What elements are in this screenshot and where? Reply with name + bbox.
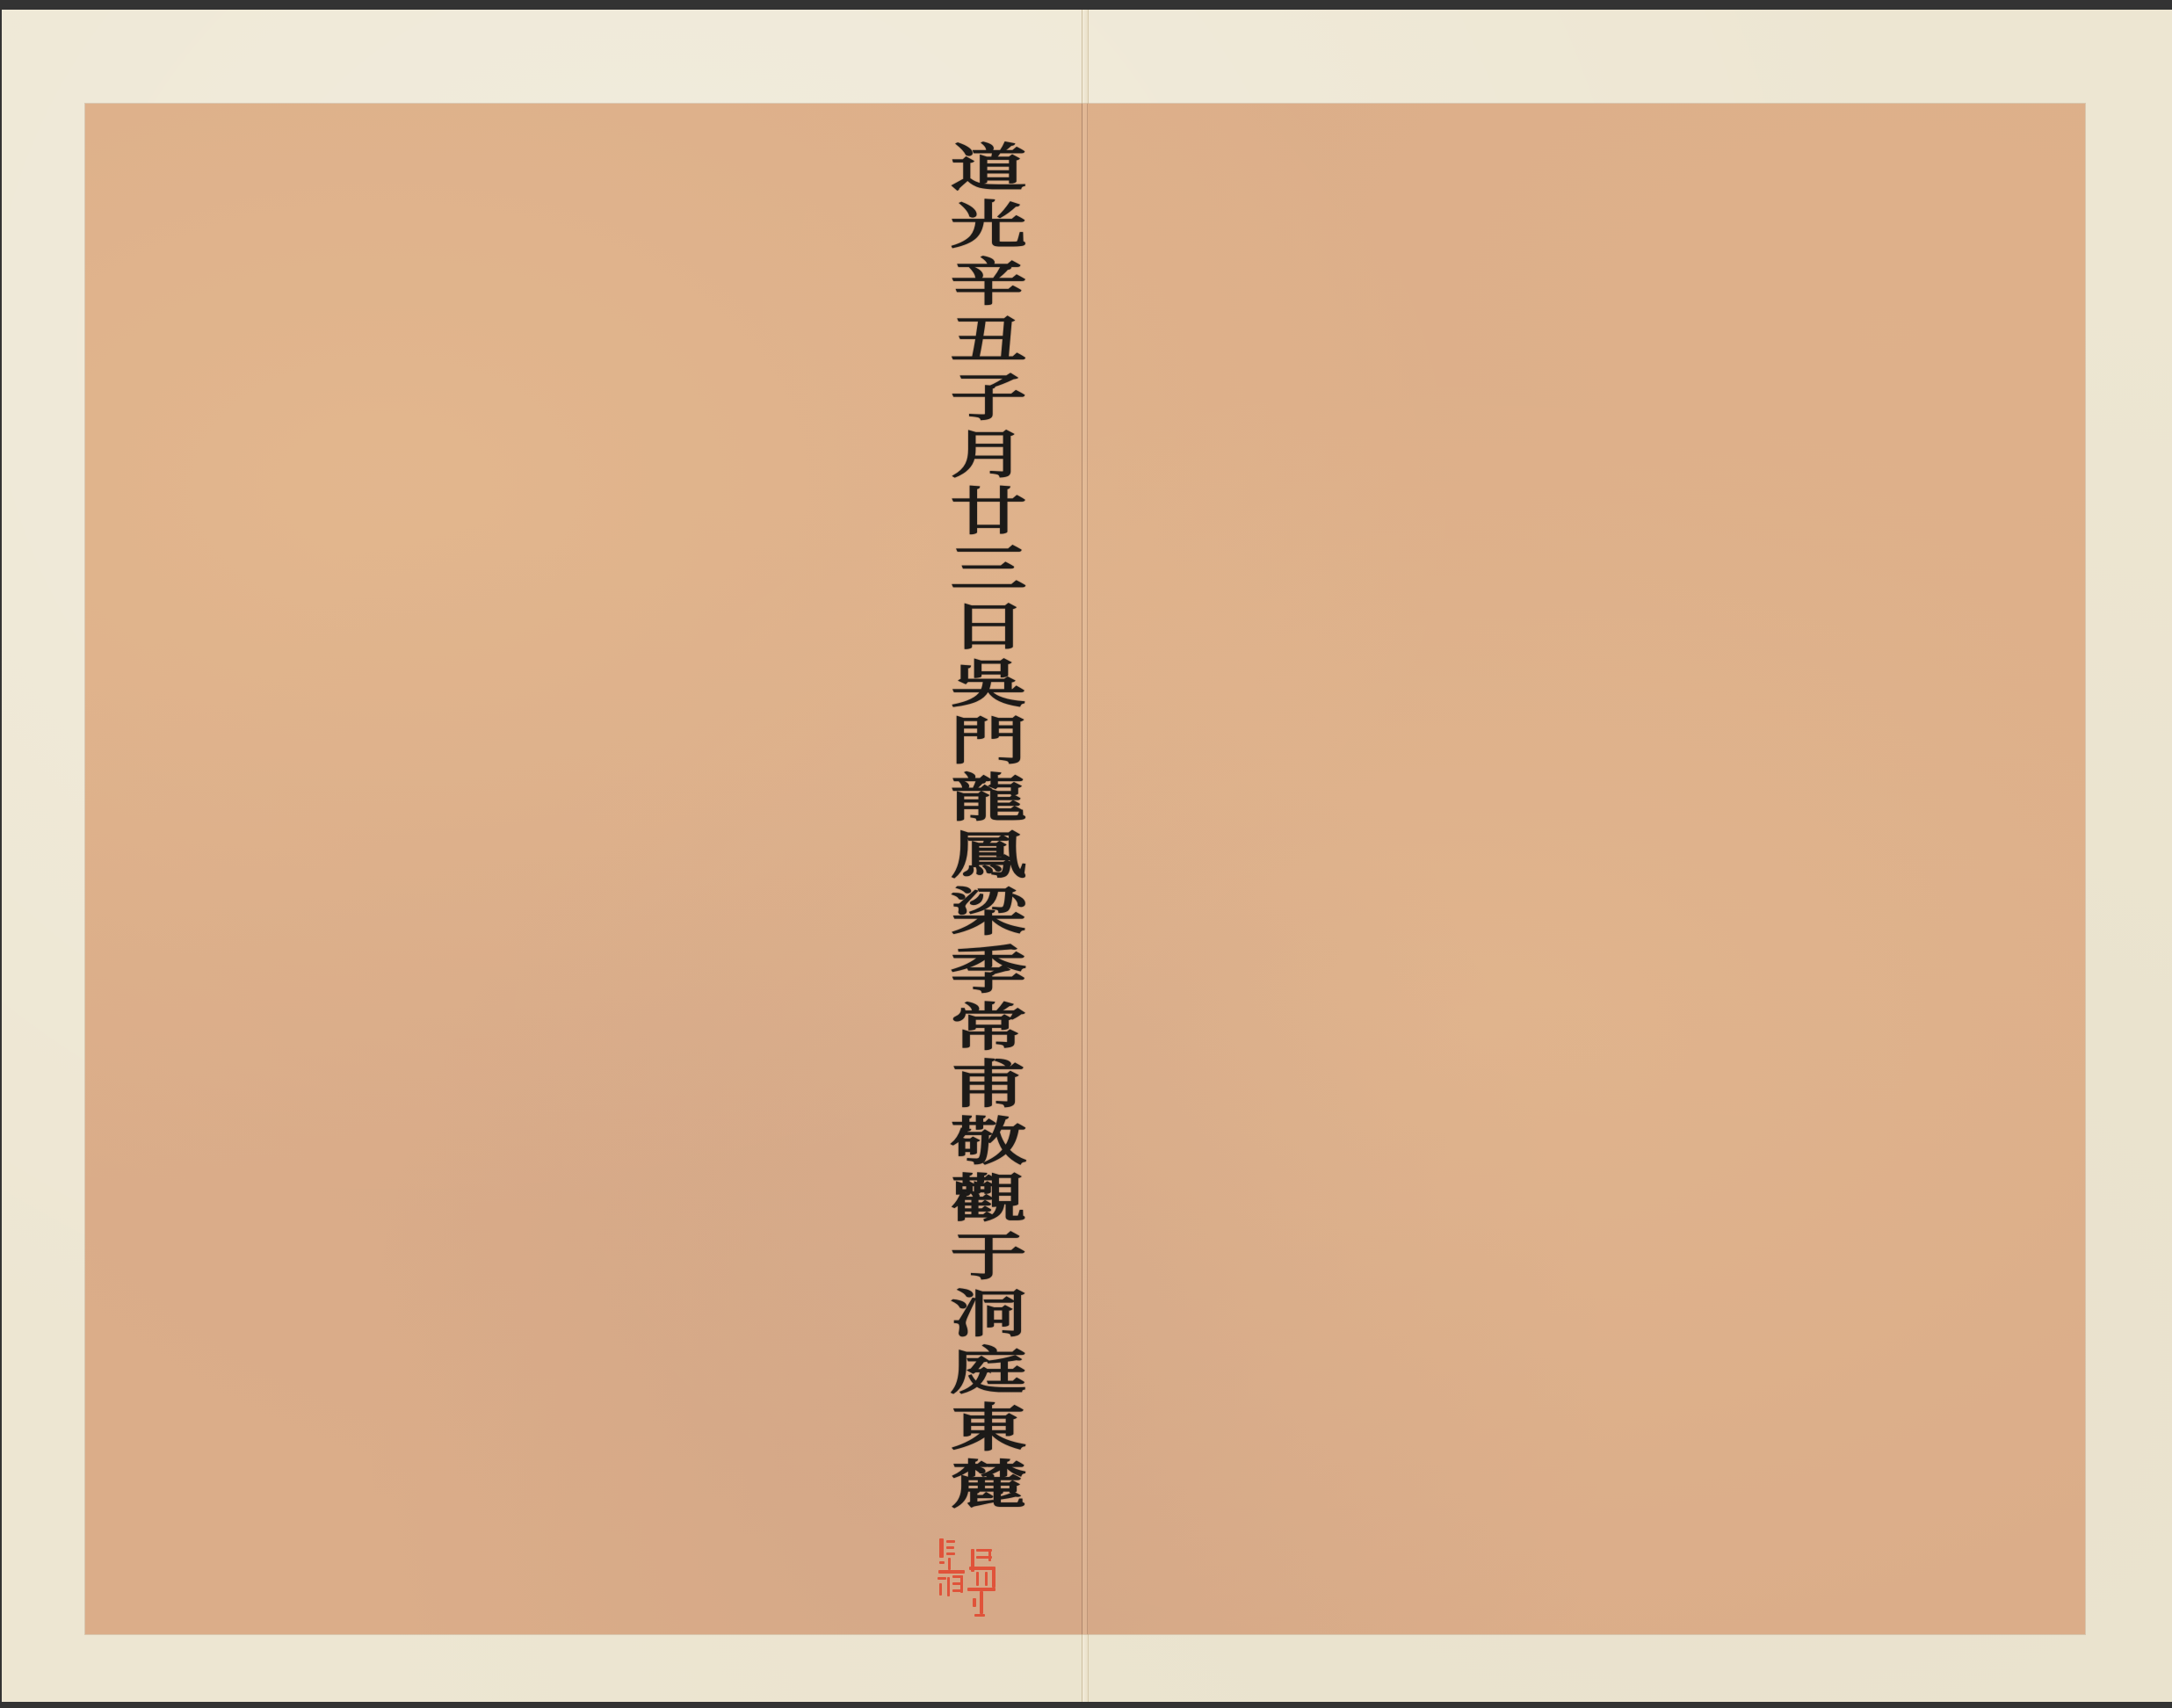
inscription-char: 庭 <box>951 1344 1027 1400</box>
inscription-char: 鳳 <box>951 829 1027 885</box>
leaf-center-fold <box>1082 104 1088 1634</box>
inscription-char: 三 <box>951 542 1027 598</box>
red-seal-stamp-icon <box>936 1537 1001 1619</box>
inscription-char: 丑 <box>951 313 1027 369</box>
vertical-inscription: 道 光 辛 丑 子 月 廿 三 日 吳 門 龍 鳳 梁 季 常 甫 敬 觀 于 … <box>938 141 1039 1516</box>
inscription-char: 梁 <box>951 886 1027 942</box>
inscription-char: 敬 <box>951 1115 1027 1171</box>
album-spread-scan: 道 光 辛 丑 子 月 廿 三 日 吳 門 龍 鳳 梁 季 常 甫 敬 觀 于 … <box>2 10 2172 1702</box>
leaf-paper: 道 光 辛 丑 子 月 廿 三 日 吳 門 龍 鳳 梁 季 常 甫 敬 觀 于 … <box>85 104 2085 1634</box>
inscription-char: 觀 <box>951 1172 1027 1228</box>
inscription-char: 門 <box>951 714 1027 771</box>
inscription-char: 常 <box>951 1000 1027 1056</box>
inscription-char: 子 <box>951 370 1027 426</box>
inscription-char: 龍 <box>951 771 1027 828</box>
inscription-char: 洞 <box>951 1286 1027 1343</box>
inscription-char: 光 <box>951 199 1027 255</box>
inscription-char: 于 <box>951 1229 1027 1285</box>
inscription-char: 辛 <box>951 256 1027 312</box>
inscription-char: 日 <box>951 599 1027 655</box>
inscription-char: 吳 <box>951 656 1027 713</box>
inscription-char: 麓 <box>951 1458 1027 1515</box>
inscription-char: 廿 <box>951 485 1027 541</box>
inscription-char: 季 <box>951 943 1027 999</box>
inscription-char: 道 <box>951 141 1027 198</box>
inscription-char: 甫 <box>951 1058 1027 1114</box>
inscription-char: 東 <box>951 1401 1027 1458</box>
inscription-char: 月 <box>951 428 1027 484</box>
